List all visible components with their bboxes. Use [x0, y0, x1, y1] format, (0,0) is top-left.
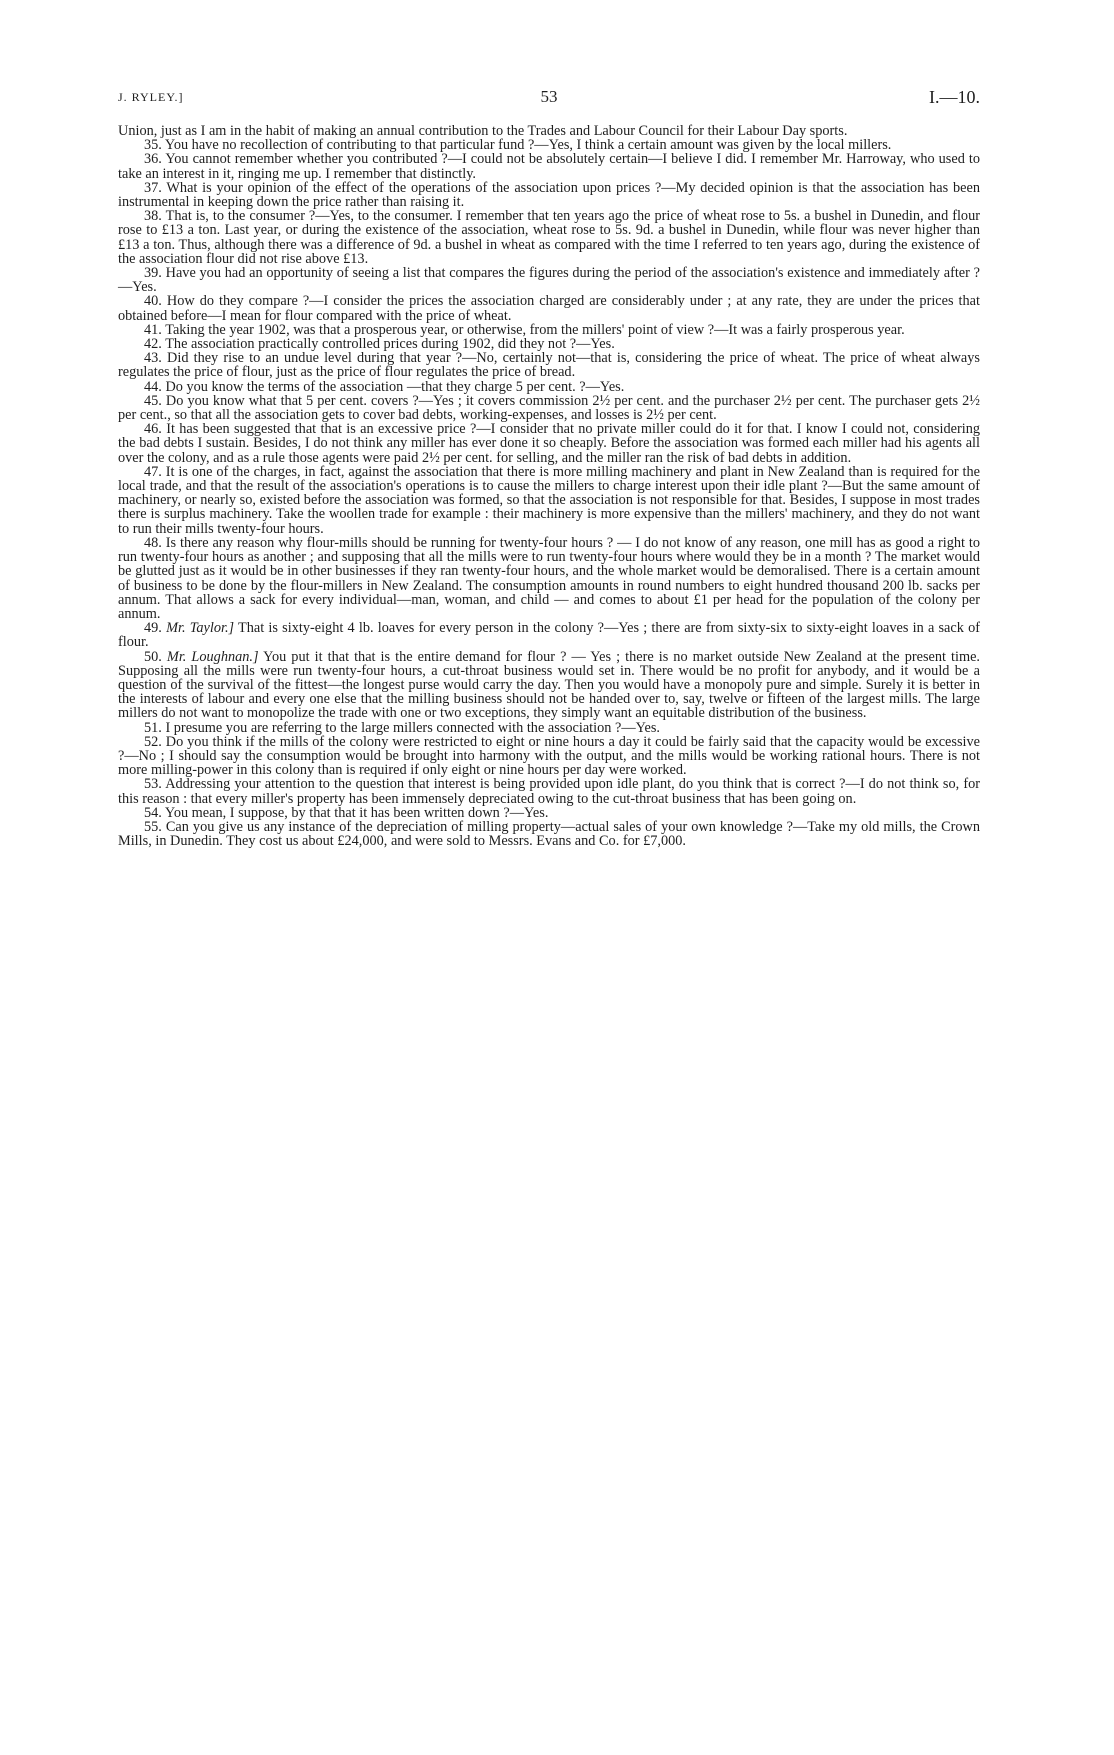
speaker-name: Mr. Taylor.] [166, 620, 234, 636]
question-40: 40. How do they compare ?—I consider the… [118, 294, 980, 322]
question-53: 53. Addressing your attention to the que… [118, 777, 980, 805]
question-49: 49. Mr. Taylor.] That is sixty-eight 4 l… [118, 621, 980, 649]
page-number: 53 [118, 84, 980, 110]
question-50: 50. Mr. Loughnan.] You put it that that … [118, 650, 980, 721]
question-54: 54. You mean, I suppose, by that that it… [118, 806, 980, 820]
question-39: 39. Have you had an opportunity of seein… [118, 266, 980, 294]
question-41: 41. Taking the year 1902, was that a pro… [118, 323, 980, 337]
question-37: 37. What is your opinion of the effect o… [118, 181, 980, 209]
paragraph-continuation: Union, just as I am in the habit of maki… [118, 124, 980, 138]
question-42: 42. The association practically controll… [118, 337, 980, 351]
document-page: J. RYLEY.] 53 I.—10. Union, just as I am… [118, 84, 980, 848]
question-52: 52. Do you think if the mills of the col… [118, 735, 980, 778]
question-43: 43. Did they rise to an undue level duri… [118, 351, 980, 379]
testimony-body: Union, just as I am in the habit of maki… [118, 124, 980, 848]
question-47: 47. It is one of the charges, in fact, a… [118, 465, 980, 536]
question-35: 35. You have no recollection of contribu… [118, 138, 980, 152]
page-header: J. RYLEY.] 53 I.—10. [118, 84, 980, 110]
question-36: 36. You cannot remember whether you cont… [118, 152, 980, 180]
question-48: 48. Is there any reason why flour-mills … [118, 536, 980, 621]
paper-reference: I.—10. [929, 84, 980, 110]
question-51: 51. I presume you are referring to the l… [118, 721, 980, 735]
question-55: 55. Can you give us any instance of the … [118, 820, 980, 848]
question-38: 38. That is, to the consumer ?—Yes, to t… [118, 209, 980, 266]
question-44: 44. Do you know the terms of the associa… [118, 380, 980, 394]
question-45: 45. Do you know what that 5 per cent. co… [118, 394, 980, 422]
question-46: 46. It has been suggested that that is a… [118, 422, 980, 465]
